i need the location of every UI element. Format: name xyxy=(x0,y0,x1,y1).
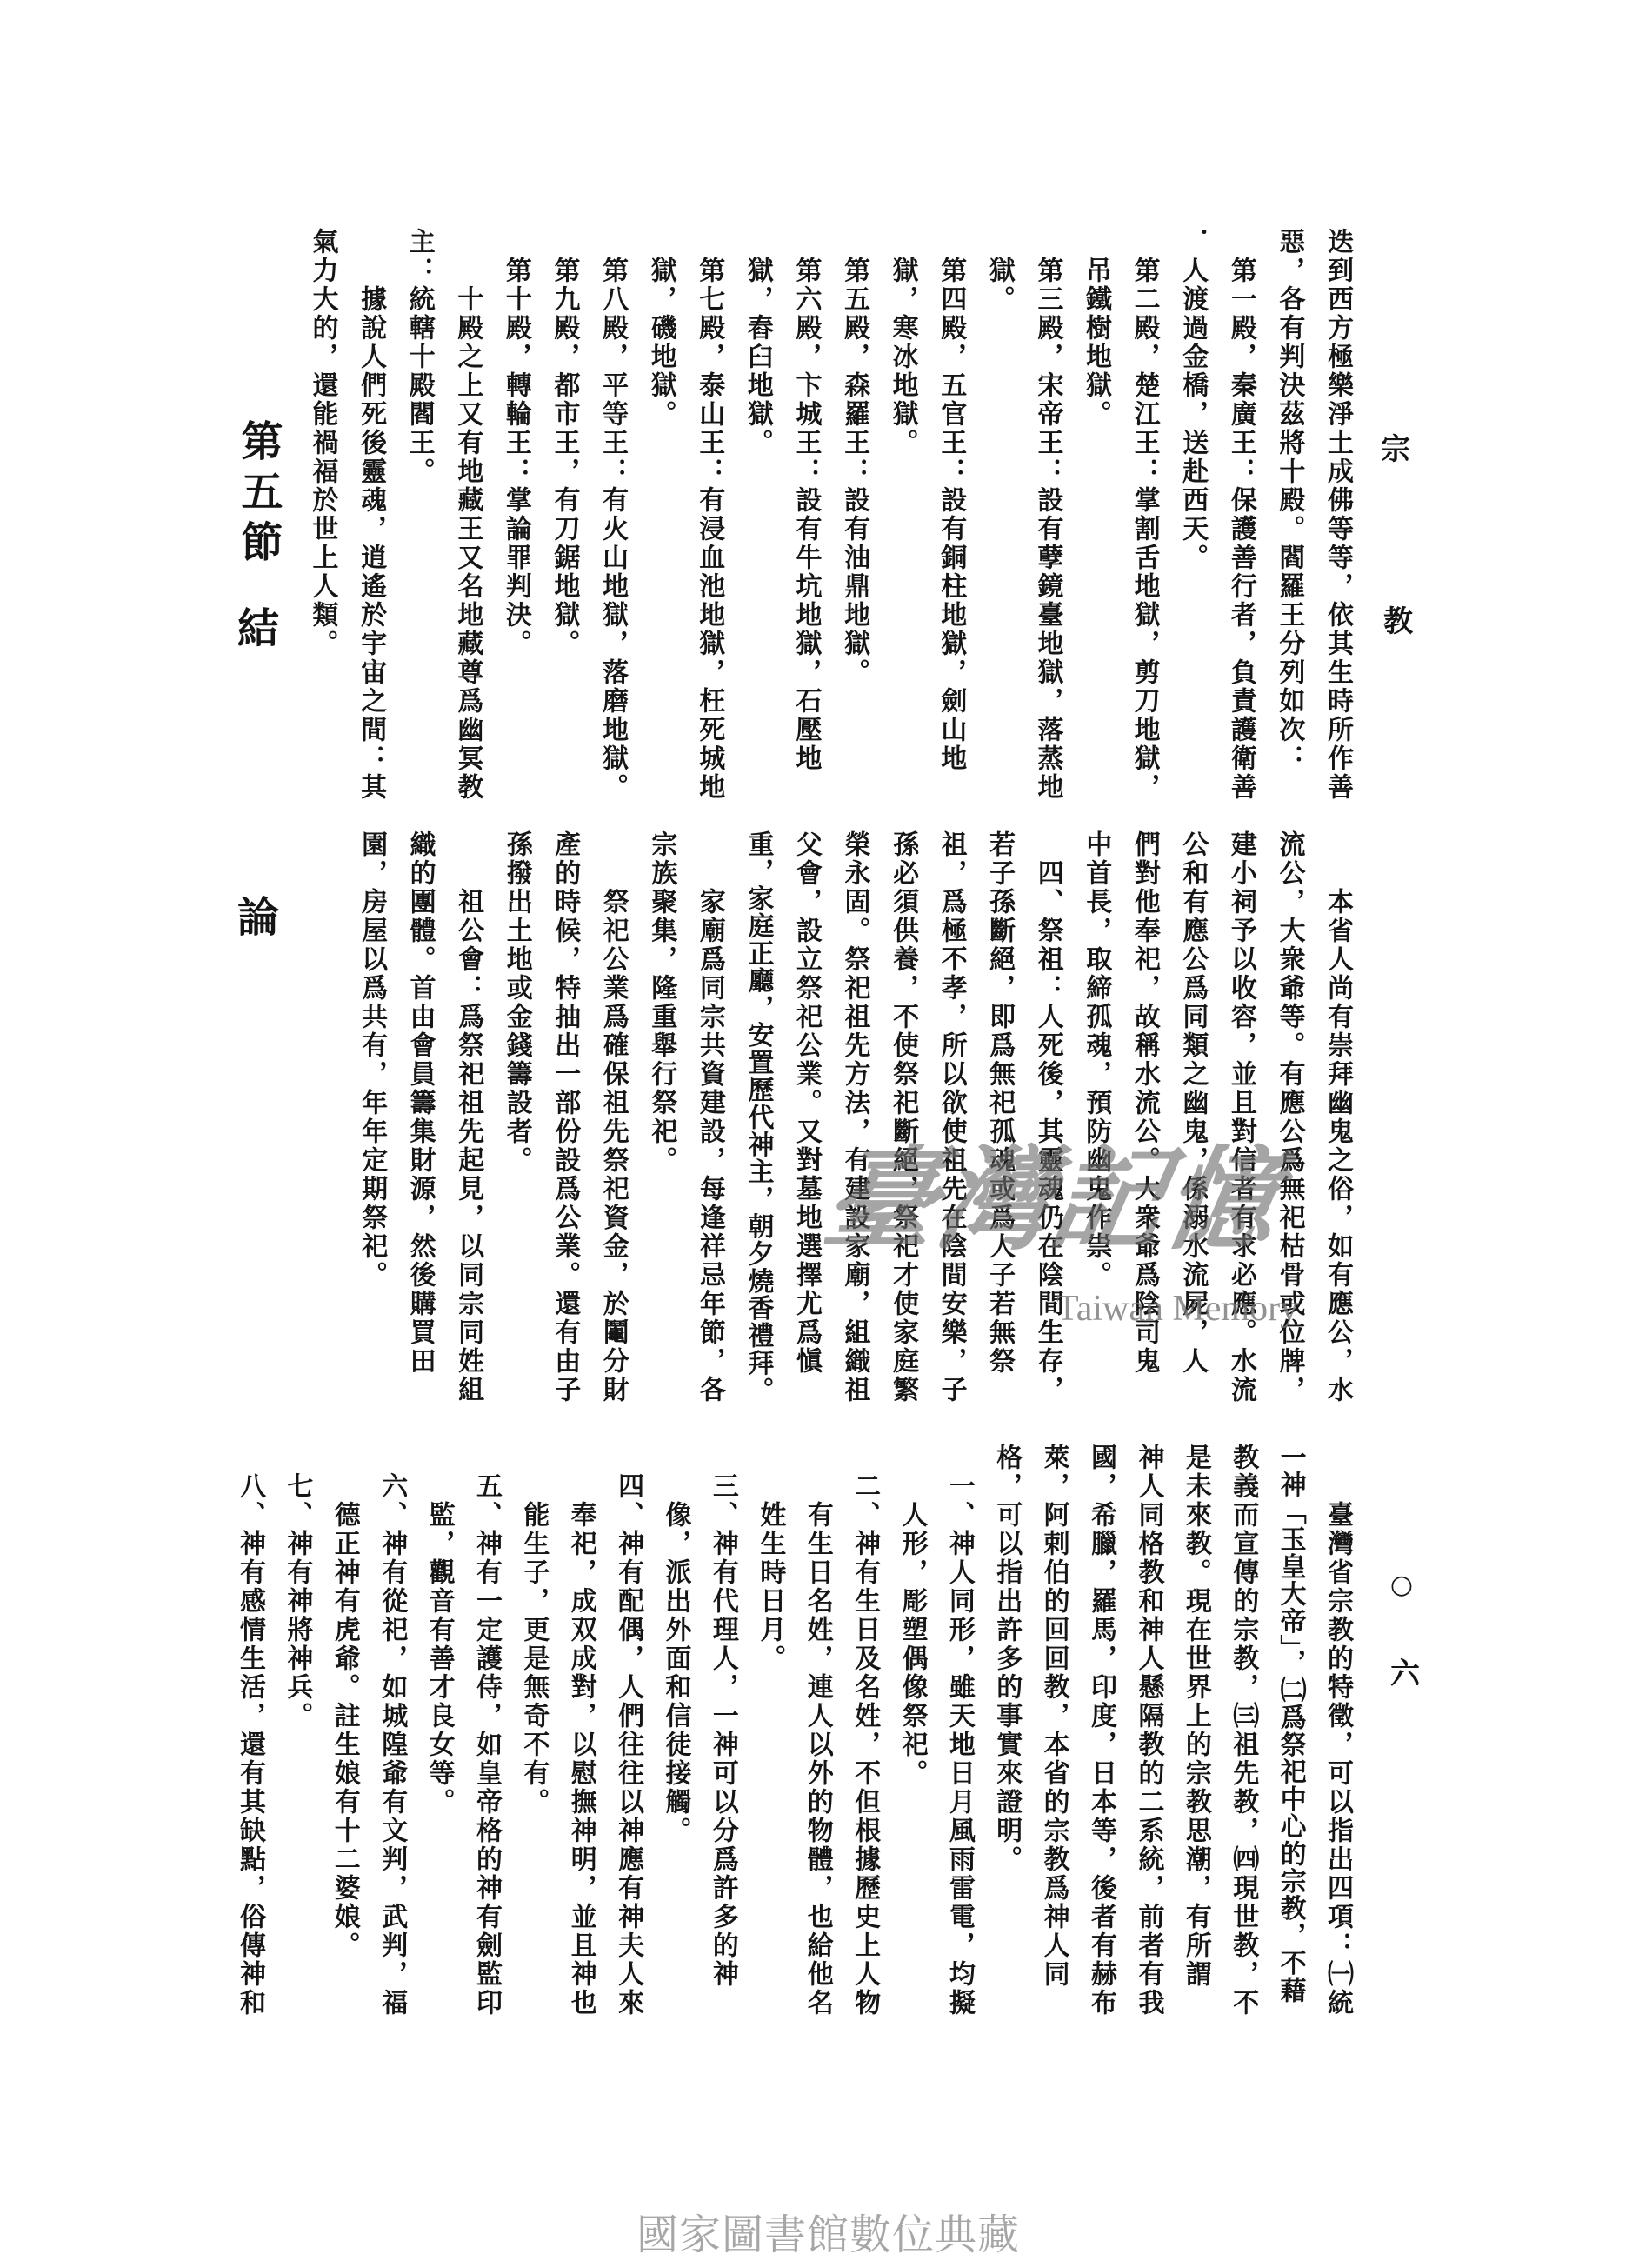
running-header-char: 教 xyxy=(1383,607,1413,637)
text-column: 八、神有感情生活，還有其缺點，俗傳神和 xyxy=(236,1444,263,2018)
text-column: 獄，寒冰地獄。 xyxy=(889,228,916,802)
library-footer-watermark: 國家圖書館數位典藏 xyxy=(609,2211,1048,2259)
text-column: 榮永固。祭祀祖先方法，有建設家廟，組織祖 xyxy=(841,830,869,1404)
text-column: 主：統轄十殿閻王。 xyxy=(405,228,433,802)
text-column: 奉祀，成双成對，以慰撫神明，並且神也 xyxy=(567,1444,595,2018)
text-column: 氣力大的，還能禍福於世上人類。 xyxy=(309,228,336,802)
text-column: 重，家庭正廳，安置歷代神主，朝夕燒香禮拜。 xyxy=(743,830,771,1404)
text-column: 惡，各有判決茲將十殿。閻羅王分列如次： xyxy=(1275,228,1302,802)
text-column: 教義而宣傳的宗教，㈢祖先教，㈣現世教，不 xyxy=(1229,1444,1256,2018)
text-column: 五、神有一定護侍，如皇帝格的神有劍監印 xyxy=(472,1444,500,2018)
text-column: 有生日名姓，連人以外的物體，也給他名 xyxy=(803,1444,831,2018)
text-column: 祖，爲極不孝，所以欲使祖先在陰間安樂，子 xyxy=(937,830,965,1404)
text-column: 第四殿，五官王：設有銅柱地獄，劍山地 xyxy=(936,228,964,802)
text-column: 一神「玉皇大帝」，㈡爲祭祀中心的宗教，不藉 xyxy=(1276,1444,1304,2018)
text-column: 姓生時日月。 xyxy=(756,1444,783,2018)
text-column: 獄。 xyxy=(985,228,1013,802)
text-column: 祭祀公業爲確保祖先祭祀資金，於鬮分財 xyxy=(599,830,627,1404)
text-column: 能生子，更是無奇不有。 xyxy=(519,1444,547,2018)
text-column: ．人渡過金橋，送赴西天。 xyxy=(1178,228,1206,802)
text-column: 孫必須供養，不使祭祀斷絕，祭祀才使家庭繁 xyxy=(889,830,916,1404)
text-column: 是未來教。現在世界上的宗教思潮，有所謂 xyxy=(1182,1444,1209,2018)
text-column: 父會，設立祭祀公業。又對墓地選擇尤爲愼 xyxy=(792,830,820,1404)
text-column: 祖公會：爲祭祀祖先起見，以同宗同姓組 xyxy=(454,830,482,1404)
text-column: 德正神有虎爺。註生娘有十二婆娘。 xyxy=(330,1444,358,2018)
text-column: 三、神有代理人，一神可以分爲許多的神 xyxy=(709,1444,736,2018)
text-column: 六、神有從祀，如城隍爺有文判，武判，福 xyxy=(377,1444,405,2018)
text-column: 中首長，取締孤魂，預防幽鬼作祟。 xyxy=(1082,830,1109,1404)
text-column: 七、神有神將神兵。 xyxy=(283,1444,310,2018)
text-column: 據說人們死後靈魂，逍遙於宇宙之間：其 xyxy=(356,228,384,802)
text-tier-middle: 本省人尚有崇拜幽鬼之俗，如有應公，水 流公，大衆爺等。有應公爲無祀枯骨或位牌， … xyxy=(357,830,1351,1404)
text-tier-upper: 迭到西方極樂淨土成佛等等，依其生時所作善 惡，各有判決茲將十殿。閻羅王分列如次：… xyxy=(309,228,1351,802)
text-column: 神人同格教和神人懸隔教的二系統，前者有我 xyxy=(1134,1444,1162,2018)
text-column: 本省人尚有崇拜幽鬼之俗，如有應公，水 xyxy=(1323,830,1351,1404)
text-column: 國，希臘，羅馬，印度，日本等，後者有赫布 xyxy=(1087,1444,1115,2018)
text-column: 萊，阿剌伯的回回教，本省的宗教爲神人同 xyxy=(1040,1444,1068,2018)
section-title-char: 論 xyxy=(237,897,279,938)
text-column: 織的團體。首由會員籌集財源，然後購買田 xyxy=(406,830,434,1404)
text-column: 們對他奉祀，故稱水流公。大衆爺爲陰司鬼 xyxy=(1130,830,1158,1404)
text-column: 第十殿，轉輪王：掌論罪判決。 xyxy=(502,228,530,802)
text-column: 第五殿，森羅王：設有油鼎地獄。 xyxy=(840,228,868,802)
section-number: 第五節 xyxy=(237,419,279,570)
text-column: 格，可以指出許多的事實來證明。 xyxy=(992,1444,1020,2018)
text-column: 第一殿，秦廣王：保護善行者，負責護衛善 xyxy=(1227,228,1255,802)
text-column: 宗族聚集，隆重舉行祭祀。 xyxy=(647,830,675,1404)
text-column: 監，觀音有善才良女等。 xyxy=(425,1444,453,2018)
text-column: 第九殿，都市王，有刀鋸地獄。 xyxy=(550,228,578,802)
text-column: 一、神人同形，雖天地日月風雨雷電，均擬 xyxy=(945,1444,973,2018)
text-column: 第八殿，平等王：有火山地獄，落磨地獄。 xyxy=(598,228,626,802)
text-column: 園，房屋以爲共有，年年定期祭祀。 xyxy=(357,830,385,1404)
text-column: 迭到西方極樂淨土成佛等等，依其生時所作善 xyxy=(1323,228,1351,802)
text-column: 四、祭祖：人死後，其靈魂仍在陰間生存， xyxy=(1034,830,1062,1404)
text-column: 二、神有生日及名姓，不但根據歷史上人物 xyxy=(850,1444,878,2018)
text-column: 四、神有配偶，人們往往以神應有神夫人來 xyxy=(614,1444,642,2018)
text-column: 公和有應公爲同類之幽鬼，係溺水流屍，人 xyxy=(1178,830,1206,1404)
text-column: 獄，磯地獄。 xyxy=(647,228,675,802)
text-column: 臺灣省宗教的特徵，可以指出四項：㈠統 xyxy=(1323,1444,1351,2018)
text-column: 吊鐵樹地獄。 xyxy=(1082,228,1109,802)
text-column: 家廟爲同宗共資建設，每逢祥忌年節，各 xyxy=(696,830,723,1404)
page-number-digit: 六 xyxy=(1390,1659,1420,1689)
text-column: 建小祠予以收容，並且對信者有求必應。水流 xyxy=(1227,830,1255,1404)
text-column: 十殿之上又有地藏王又名地藏尊爲幽冥教 xyxy=(453,228,481,802)
text-column: 若子孫斷絕，即爲無祀孤魂或爲人子若無祭 xyxy=(985,830,1013,1404)
section-title-char: 結 xyxy=(237,608,279,650)
text-column: 第七殿，泰山王：有浸血池地獄，枉死城地 xyxy=(695,228,723,802)
text-column: 流公，大衆爺等。有應公爲無祀枯骨或位牌， xyxy=(1275,830,1302,1404)
text-column: 產的時候，特抽出一部份設爲公業。還有由子 xyxy=(550,830,578,1404)
text-tier-lower: 臺灣省宗教的特徵，可以指出四項：㈠統 一神「玉皇大帝」，㈡爲祭祀中心的宗教，不藉… xyxy=(236,1444,1351,2018)
text-column: 第二殿，楚江王：掌割舌地獄，剪刀地獄， xyxy=(1130,228,1158,802)
text-column: 人形，彫塑偶像祭祀。 xyxy=(897,1444,925,2018)
text-column: 孫撥出土地或金錢籌設者。 xyxy=(503,830,530,1404)
text-column: 像，派出外面和信徒接觸。 xyxy=(662,1444,689,2018)
text-column: 獄，舂臼地獄。 xyxy=(743,228,771,802)
text-column: 第三殿，宋帝王：設有孽鏡臺地獄，落蒸地 xyxy=(1033,228,1061,802)
running-header-char: 宗 xyxy=(1381,435,1410,464)
page-number-digit: ○ xyxy=(1389,1572,1415,1598)
text-column: 第六殿，卞城王：設有牛坑地獄，石壓地 xyxy=(791,228,819,802)
